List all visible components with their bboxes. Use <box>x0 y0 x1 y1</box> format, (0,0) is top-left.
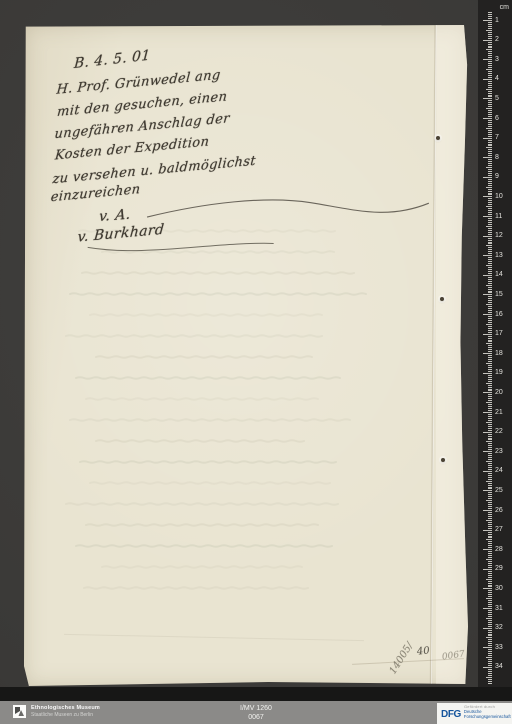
ruler-tick <box>488 537 492 538</box>
ruler-tick <box>488 116 492 117</box>
ruler-label: 10 <box>495 193 510 200</box>
ruler-label: 3 <box>495 56 510 63</box>
ruler-tick <box>488 273 492 274</box>
ruler-tick <box>486 481 492 482</box>
ruler-tick <box>488 151 492 152</box>
paper-crease <box>64 634 364 641</box>
ruler-tick <box>488 453 492 454</box>
ruler-tick <box>488 390 492 391</box>
ruler-tick <box>488 112 492 113</box>
handwriting-line: B. 4. 5. 01 <box>73 48 151 73</box>
ruler-tick <box>486 285 492 286</box>
ruler-tick <box>488 142 492 143</box>
ruler-label: 14 <box>495 271 510 278</box>
ruler-tick <box>483 412 492 413</box>
ruler-tick <box>486 422 492 423</box>
ruler-tick <box>488 134 492 135</box>
ruler-tick <box>488 38 492 39</box>
ruler-tick <box>488 416 492 417</box>
ruler-tick <box>488 575 492 576</box>
ruler-tick <box>488 541 492 542</box>
ruler-tick <box>488 557 492 558</box>
ruler-tick <box>488 641 492 642</box>
ruler-tick <box>488 639 492 640</box>
ruler-tick <box>488 289 492 290</box>
ruler-tick <box>488 565 492 566</box>
ruler-tick <box>488 261 492 262</box>
ruler-tick <box>488 614 492 615</box>
ruler-tick <box>488 496 492 497</box>
ruler-tick <box>488 210 492 211</box>
ruler-tick <box>488 428 492 429</box>
ruler-tick <box>488 96 492 97</box>
ruler-tick <box>483 432 492 433</box>
ruler-tick <box>488 320 492 321</box>
ruler-tick <box>488 483 492 484</box>
ruler-tick <box>488 661 492 662</box>
ruler-tick <box>488 95 492 96</box>
ruler-tick <box>488 487 492 488</box>
ruler-tick <box>486 637 492 638</box>
ruler-tick <box>488 65 492 66</box>
pencil-annotation: 40 <box>416 645 430 657</box>
ruler-label: 5 <box>495 95 510 102</box>
ruler-tick <box>488 63 492 64</box>
document-page: B. 4. 5. 01H. Prof. Grünwedel angmit den… <box>24 25 468 686</box>
ruler-tick <box>488 91 492 92</box>
ruler-tick <box>488 473 492 474</box>
ruler-tick <box>488 183 492 184</box>
ruler-tick <box>488 532 492 533</box>
ruler-tick <box>488 110 492 111</box>
ruler-tick <box>488 524 492 525</box>
ruler-tick <box>488 51 492 52</box>
ruler-label: 33 <box>495 644 510 651</box>
ruler-tick <box>488 247 492 248</box>
ruler-tick <box>488 653 492 654</box>
ruler-tick <box>488 53 492 54</box>
ruler-tick <box>488 434 492 435</box>
ruler-tick <box>488 355 492 356</box>
scan-stage: cm 1234567891011121314151617181920212223… <box>0 0 512 724</box>
ruler-tick <box>488 389 492 390</box>
ruler-label: 16 <box>495 311 510 318</box>
ruler-tick <box>488 310 492 311</box>
ruler-tick <box>486 147 492 148</box>
ruler-tick <box>488 257 492 258</box>
ruler-tick <box>488 259 492 260</box>
ruler-tick <box>488 193 492 194</box>
ruler-tick <box>488 551 492 552</box>
ruler-label: 31 <box>495 605 510 612</box>
ruler-label: 19 <box>495 369 510 376</box>
ruler-tick <box>488 367 492 368</box>
ruler-tick <box>488 438 492 439</box>
ruler-tick <box>488 357 492 358</box>
ruler-tick <box>483 275 492 276</box>
ruler-tick <box>488 630 492 631</box>
ruler-tick <box>483 157 492 158</box>
ruler-tick <box>488 404 492 405</box>
ruler-tick <box>486 69 492 70</box>
ruler-tick <box>488 326 492 327</box>
ruler-tick <box>488 669 492 670</box>
ruler-tick <box>483 59 492 60</box>
ruler-tick <box>488 318 492 319</box>
ruler-tick <box>488 191 492 192</box>
ruler-tick <box>488 516 492 517</box>
ruler-tick <box>488 55 492 56</box>
ruler-tick <box>488 75 492 76</box>
ruler-tick <box>488 612 492 613</box>
ruler-tick <box>488 624 492 625</box>
ruler-tick <box>486 677 492 678</box>
ruler-tick <box>486 618 492 619</box>
ruler-label: 32 <box>495 624 510 631</box>
ruler-tick <box>483 314 492 315</box>
ruler-tick <box>483 236 492 237</box>
ruler-tick <box>488 46 492 47</box>
ruler-tick <box>488 34 492 35</box>
ruler-tick <box>486 304 492 305</box>
ruler-tick <box>488 163 492 164</box>
ruler-tick <box>488 586 492 587</box>
ruler-tick <box>486 89 492 90</box>
ruler-label: 28 <box>495 546 510 553</box>
digitization-footer: Ethnologisches Museum Staatliche Museen … <box>0 701 512 724</box>
ruler-tick <box>488 238 492 239</box>
ruler-tick <box>486 520 492 521</box>
ruler-label: 18 <box>495 350 510 357</box>
ruler-tick <box>488 528 492 529</box>
ruler-tick <box>488 287 492 288</box>
ruler-tick <box>483 549 492 550</box>
ruler-label: 8 <box>495 154 510 161</box>
ruler-tick <box>488 406 492 407</box>
ruler-tick <box>488 42 492 43</box>
ruler-tick <box>483 628 492 629</box>
ruler-tick <box>488 114 492 115</box>
ruler-tick <box>488 122 492 123</box>
ruler-tick <box>488 577 492 578</box>
ruler-tick <box>488 377 492 378</box>
ruler-tick <box>488 298 492 299</box>
dfg-name-line2: Forschungsgemeinschaft <box>464 714 511 719</box>
ruler-tick <box>488 28 492 29</box>
dfg-acronym: DFG <box>441 710 461 720</box>
ruler-tick <box>488 200 492 201</box>
scan-page-number: 0067 <box>0 713 512 722</box>
ruler-tick <box>488 439 492 440</box>
ruler-tick <box>488 394 492 395</box>
ruler-label: 22 <box>495 428 510 435</box>
ruler-tick <box>486 187 492 188</box>
ruler-tick <box>483 138 492 139</box>
ruler-tick <box>486 383 492 384</box>
ruler-tick <box>488 251 492 252</box>
ruler-tick <box>488 202 492 203</box>
ruler-tick <box>488 328 492 329</box>
ruler-tick <box>483 334 492 335</box>
ruler-tick <box>488 398 492 399</box>
ruler-tick <box>488 300 492 301</box>
binding-hole <box>436 136 440 140</box>
ruler-tick <box>488 673 492 674</box>
ruler-tick <box>488 83 492 84</box>
ruler-tick <box>483 647 492 648</box>
ruler-tick <box>488 635 492 636</box>
ruler-tick <box>488 502 492 503</box>
ruler-label: 21 <box>495 409 510 416</box>
ruler-tick <box>483 79 492 80</box>
ruler-label: 6 <box>495 115 510 122</box>
ruler-tick <box>488 424 492 425</box>
ruler-tick <box>488 36 492 37</box>
ruler-tick <box>488 292 492 293</box>
ruler-tick <box>488 124 492 125</box>
ruler-tick <box>488 269 492 270</box>
ruler-tick <box>488 130 492 131</box>
ruler-tick <box>488 616 492 617</box>
ruler-tick <box>488 634 492 635</box>
ruler-tick <box>483 490 492 491</box>
ruler-tick <box>488 140 492 141</box>
ruler-tick <box>483 530 492 531</box>
ruler-tick <box>488 228 492 229</box>
ruler-tick <box>488 87 492 88</box>
ruler-tick <box>488 679 492 680</box>
ruler-tick <box>483 98 492 99</box>
ruler-tick <box>488 463 492 464</box>
ruler-tick <box>486 402 492 403</box>
ruler-tick <box>488 81 492 82</box>
ruler-tick <box>488 161 492 162</box>
ruler-tick <box>486 539 492 540</box>
ruler-label: 27 <box>495 526 510 533</box>
ruler-tick <box>488 561 492 562</box>
ruler-label: 29 <box>495 565 510 572</box>
ruler-tick <box>488 175 492 176</box>
handwriting-block: B. 4. 5. 01H. Prof. Grünwedel angmit den… <box>21 20 471 309</box>
ruler-tick <box>488 681 492 682</box>
ruler-tick <box>488 279 492 280</box>
ruler-tick <box>488 475 492 476</box>
ruler-tick <box>488 77 492 78</box>
ruler-label: 26 <box>495 507 510 514</box>
ruler-tick <box>488 583 492 584</box>
ruler-tick <box>488 563 492 564</box>
ruler-label: 25 <box>495 487 510 494</box>
ruler-tick <box>488 488 492 489</box>
ruler-tick <box>488 671 492 672</box>
ruler-tick <box>488 663 492 664</box>
ruler-tick <box>488 651 492 652</box>
ruler-tick <box>488 232 492 233</box>
ruler-tick <box>488 16 492 17</box>
ruler-tick <box>488 159 492 160</box>
ruler-tick <box>488 345 492 346</box>
ruler-tick <box>488 594 492 595</box>
ruler-label: 17 <box>495 330 510 337</box>
ruler-tick <box>488 198 492 199</box>
ruler-tick <box>488 185 492 186</box>
ruler-tick <box>488 518 492 519</box>
ruler-tick <box>486 461 492 462</box>
ruler-tick <box>488 253 492 254</box>
ruler-tick <box>488 322 492 323</box>
ruler-tick <box>488 469 492 470</box>
ruler-tick <box>488 643 492 644</box>
ruler-tick <box>488 410 492 411</box>
ruler-tick <box>488 336 492 337</box>
ruler-tick <box>488 296 492 297</box>
dfg-logo-box: Gefördert durch DFG Deutsche Forschungsg… <box>437 703 512 724</box>
ruler-tick <box>483 373 492 374</box>
ruler-tick <box>486 49 492 50</box>
ruler-label: 20 <box>495 389 510 396</box>
ruler-tick <box>488 204 492 205</box>
ruler-tick <box>488 136 492 137</box>
ruler-tick <box>488 208 492 209</box>
ruler-tick <box>488 626 492 627</box>
ruler-tick <box>488 485 492 486</box>
ruler-tick <box>488 504 492 505</box>
ruler-tick <box>488 100 492 101</box>
ruler-tick <box>488 179 492 180</box>
ruler-tick <box>483 588 492 589</box>
ruler-tick <box>488 365 492 366</box>
ruler-label: 24 <box>495 467 510 474</box>
ruler-tick <box>488 263 492 264</box>
ruler-tick <box>488 165 492 166</box>
ruler-tick <box>488 573 492 574</box>
ruler-tick <box>488 234 492 235</box>
ruler-tick <box>488 420 492 421</box>
ruler-tick <box>488 155 492 156</box>
ruler-tick <box>488 361 492 362</box>
ruler-tick <box>488 330 492 331</box>
ruler-tick <box>488 32 492 33</box>
ruler-label: 13 <box>495 252 510 259</box>
ruler-tick <box>488 153 492 154</box>
ruler-tick <box>486 324 492 325</box>
ruler-tick <box>488 379 492 380</box>
dfg-full-name: Deutsche Forschungsgemeinschaft <box>464 710 511 720</box>
ruler-tick <box>488 277 492 278</box>
ruler-tick <box>488 381 492 382</box>
ruler-tick <box>488 149 492 150</box>
ruler-tick <box>483 510 492 511</box>
ruler-tick <box>488 479 492 480</box>
binding-hole <box>440 297 444 301</box>
ruler-label: 4 <box>495 75 510 82</box>
ruler-tick <box>488 590 492 591</box>
ruler-tick <box>488 61 492 62</box>
ruler-tick <box>488 683 492 684</box>
ruler-tick <box>488 18 492 19</box>
ruler-tick <box>488 67 492 68</box>
ruler-tick <box>488 400 492 401</box>
ruler-tick <box>488 547 492 548</box>
ruler-tick <box>488 387 492 388</box>
ruler-tick <box>483 451 492 452</box>
ruler-tick <box>488 24 492 25</box>
ruler-tick <box>488 242 492 243</box>
ruler-tick <box>486 579 492 580</box>
ruler-tick <box>488 536 492 537</box>
ruler-tick <box>488 436 492 437</box>
lower-border-band <box>0 687 512 701</box>
ruler-tick <box>488 173 492 174</box>
ruler-tick <box>488 385 492 386</box>
ruler-tick <box>488 596 492 597</box>
ruler-tick <box>488 506 492 507</box>
ruler-tick <box>483 569 492 570</box>
ruler-label: 30 <box>495 585 510 592</box>
ruler-tick <box>488 445 492 446</box>
ruler-label: 12 <box>495 232 510 239</box>
ruler-tick <box>488 347 492 348</box>
ruler-tick <box>483 471 492 472</box>
ruler-tick <box>488 281 492 282</box>
ruler-tick <box>483 392 492 393</box>
ruler-tick <box>488 306 492 307</box>
ruler-tick <box>488 267 492 268</box>
ruler-tick <box>483 255 492 256</box>
ruler-tick <box>486 206 492 207</box>
ruler-tick <box>488 467 492 468</box>
ruler-tick <box>488 522 492 523</box>
ruler-tick <box>486 559 492 560</box>
ruler-tick <box>488 349 492 350</box>
ruler-tick <box>488 606 492 607</box>
ruler-label: 34 <box>495 663 510 670</box>
pencil-annotation: 14005/ <box>388 641 416 677</box>
ruler-tick <box>488 498 492 499</box>
ruler: cm 1234567891011121314151617181920212223… <box>478 0 512 688</box>
ruler-tick <box>488 85 492 86</box>
ruler-tick <box>488 620 492 621</box>
ruler-tick <box>483 177 492 178</box>
ruler-tick <box>488 104 492 105</box>
ruler-tick <box>488 126 492 127</box>
ruler-tick <box>488 632 492 633</box>
ruler-label: 15 <box>495 291 510 298</box>
ruler-tick <box>488 371 492 372</box>
ruler-tick <box>488 571 492 572</box>
ruler-tick <box>488 132 492 133</box>
ruler-tick <box>488 302 492 303</box>
ruler-tick <box>486 657 492 658</box>
ruler-tick <box>488 214 492 215</box>
ruler-tick <box>488 14 492 15</box>
ruler-tick <box>488 465 492 466</box>
ruler-tick <box>488 171 492 172</box>
ruler-tick <box>488 222 492 223</box>
ruler-tick <box>488 316 492 317</box>
ruler-tick <box>488 600 492 601</box>
ruler-tick <box>486 363 492 364</box>
ruler-tick <box>488 194 492 195</box>
ruler-tick <box>488 455 492 456</box>
ruler-tick <box>488 477 492 478</box>
ruler-tick <box>488 341 492 342</box>
ruler-tick <box>488 665 492 666</box>
ruler-tick <box>488 220 492 221</box>
ruler-tick <box>486 226 492 227</box>
ruler-tick <box>488 610 492 611</box>
ruler-tick <box>488 459 492 460</box>
